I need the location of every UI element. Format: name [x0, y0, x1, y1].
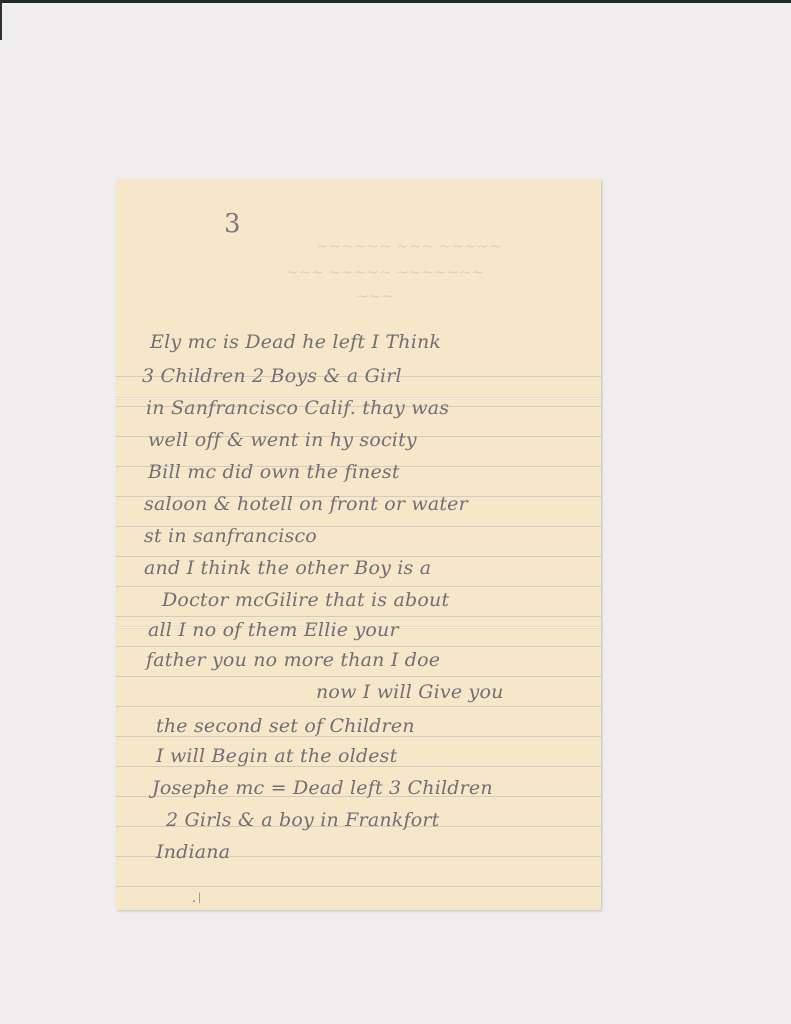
text-line: Bill mc did own the finest — [148, 461, 400, 483]
text-line: in Sanfrancisco Calif. thay was — [146, 397, 449, 419]
text-line: father you no more than I doe — [146, 649, 440, 671]
text-line: 3 Children 2 Boys & a Girl — [142, 365, 402, 387]
bleed-through-text: ~~~ — [356, 287, 394, 305]
text-line: Doctor mcGilire that is about — [162, 589, 449, 611]
letter-page: ~~~~~~ ~~~ ~~~~~ ~~~ ~~~~~ ~~~~~~~ ~~~ 3… — [116, 179, 601, 910]
text-line: now I will Give you — [316, 681, 504, 703]
text-line: 2 Girls & a boy in Frankfort — [166, 809, 440, 831]
scanner-edge-left — [0, 0, 2, 40]
text-line: st in sanfrancisco — [144, 525, 317, 547]
text-line: all I no of them Ellie your — [148, 619, 399, 641]
text-line: the second set of Children — [156, 715, 415, 737]
text-line: saloon & hotell on front or water — [144, 493, 468, 515]
scanner-edge — [0, 0, 791, 3]
text-line: Josephe mc = Dead left 3 Children — [152, 777, 493, 799]
bleed-through-text: ~~~~~~ ~~~ ~~~~~ — [316, 237, 502, 255]
ink-mark: .ᛁ — [192, 891, 203, 905]
page-number: 3 — [224, 209, 241, 239]
text-line: I will Begin at the oldest — [156, 745, 397, 767]
bleed-through-text: ~~~ ~~~~~ ~~~~~~~ — [286, 263, 484, 281]
text-line: and I think the other Boy is a — [144, 557, 431, 579]
text-line: Ely mc is Dead he left I Think — [150, 331, 441, 353]
text-line: Indiana — [156, 841, 230, 863]
text-line: well off & went in hy socity — [148, 429, 417, 451]
